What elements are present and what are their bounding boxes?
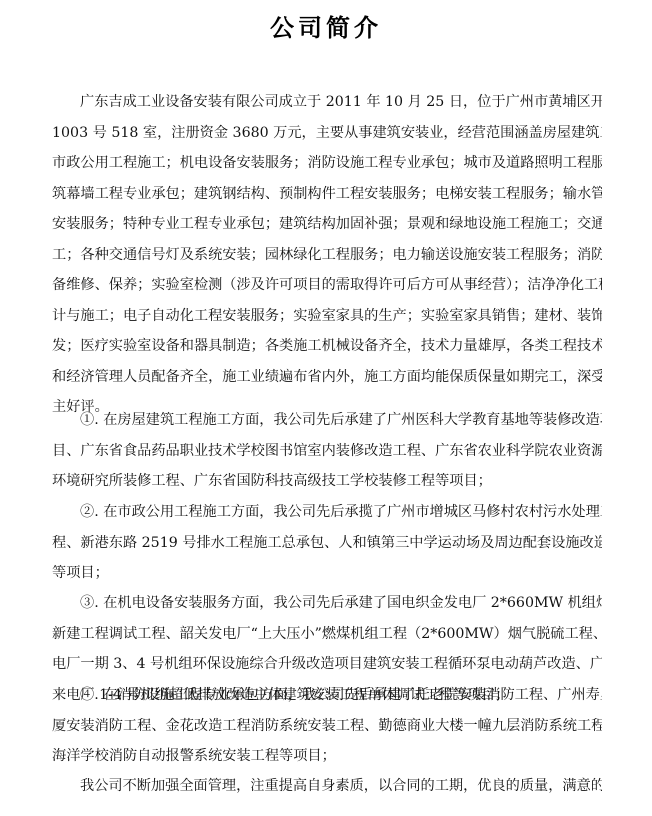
intro-paragraph: 广东吉成工业设备安装有限公司成立于 2011 年 10 月 25 日，位于广州市… [52, 87, 602, 423]
text-line: 发；医疗实验室设备和器具制造；各类施工机械设备齐全，技术力量雄厚，各类工程技术人… [52, 331, 602, 362]
text-line: 备维修、保养；实验室检测（涉及许可项目的需取得许可后方可从事经营）；洁净净化工程… [52, 270, 602, 301]
text-line: ①. 在房屋建筑工程施工方面，我公司先后承建了广州医科大学教育基地等装修改造项 [52, 405, 602, 436]
text-line: 目、广东省食品药品职业技术学校图书馆室内装修改造工程、广东省农业科学院农业资源与 [52, 436, 602, 467]
item-4-paragraph: ④. 在消防设施工程专业承包方面，我公司先后承建了托老院安装消防工程、广州寿星大… [52, 680, 602, 772]
text-line: 市政公用工程施工；机电设备安装服务；消防设施工程专业承包；城市及道路照明工程服务… [52, 148, 602, 179]
text-line: 新建工程调试工程、韶关发电厂“上大压小”燃煤机组工程（2*600MW）烟气脱硫工… [52, 619, 602, 650]
text-line: 海洋学校消防自动报警系统安装工程等项目； [52, 741, 602, 772]
text-line: 广东吉成工业设备安装有限公司成立于 2011 年 10 月 25 日，位于广州市… [52, 87, 602, 118]
text-line: 和经济管理人员配备齐全，施工业绩遍布省内外，施工方面均能保质保量如期完工，深受业 [52, 362, 602, 393]
item-2-paragraph: ②. 在市政公用工程施工方面，我公司先后承揽了广州市增城区马修村农村污水处理工 … [52, 497, 602, 589]
text-line: 程、新港东路 2519 号排水工程施工总承包、人和镇第三中学运动场及周边配套设施… [52, 528, 602, 559]
text-line: 计与施工；电子自动化工程安装服务；实验室家具的生产；实验室家具销售；建材、装饰材… [52, 301, 602, 332]
text-line: 环境研究所装修工程、广东省国防科技高级技工学校装修工程等项目； [52, 466, 602, 497]
text-line: 筑幕墙工程专业承包；建筑钢结构、预制构件工程安装服务；电梯安装工程服务；输水管道… [52, 179, 602, 210]
text-line: ③. 在机电设备安装服务方面，我公司先后承建了国电织金发电厂 2*660MW 机… [52, 588, 602, 619]
item-1-paragraph: ①. 在房屋建筑工程施工方面，我公司先后承建了广州医科大学教育基地等装修改造项 … [52, 405, 602, 497]
text-line: 等项目； [52, 558, 602, 589]
page-title: 公司简介 [0, 8, 652, 43]
text-line: 工；各种交通信号灯及系统安装；园林绿化工程服务；电力输送设施安装工程服务；消防设… [52, 240, 602, 271]
text-line: 电厂一期 3、4 号机组环保设施综合升级改造项目建筑安装工程循环泵电动葫芦改造、… [52, 649, 602, 680]
closing-paragraph: 我公司不断加强全面管理，注重提高自身素质，以合同的工期，优良的质量，满意的服 [52, 771, 602, 802]
text-line: 安装服务；特种专业工程专业承包；建筑结构加固补强；景观和绿地设施工程施工；交通标… [52, 209, 602, 240]
text-line: 我公司不断加强全面管理，注重提高自身素质，以合同的工期，优良的质量，满意的服 [52, 771, 602, 802]
text-line: 厦安装消防工程、金花改造工程消防系统安装工程、勤德商业大楼一幢九层消防系统工程、 [52, 711, 602, 742]
text-line: ②. 在市政公用工程施工方面，我公司先后承揽了广州市增城区马修村农村污水处理工 [52, 497, 602, 528]
text-line: ④. 在消防设施工程专业承包方面，我公司先后承建了托老院安装消防工程、广州寿星大 [52, 680, 602, 711]
text-line: 1003 号 518 室，注册资金 3680 万元，主要从事建筑安装业，经营范围… [52, 118, 602, 149]
